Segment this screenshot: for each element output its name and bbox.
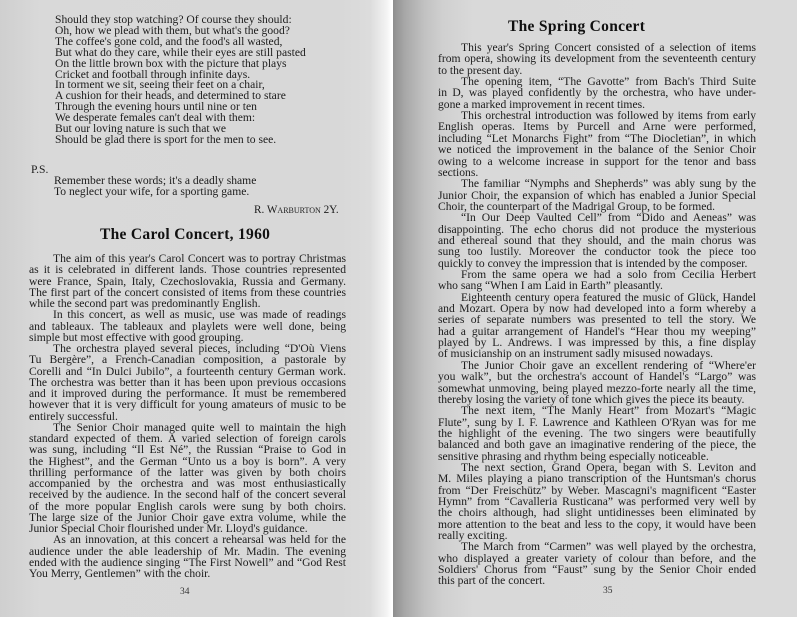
- paragraph-line: as it is celebrated in different lands. …: [29, 264, 346, 275]
- paragraph-line: quickly to convey the impression that is…: [438, 258, 756, 269]
- paragraph-line: played by L. Andrews. I was impressed by…: [438, 337, 756, 348]
- page-number-right: 35: [603, 586, 613, 596]
- paragraph-line: sections.: [438, 167, 756, 178]
- book-spread: Should they stop watching? Of course the…: [0, 0, 797, 617]
- paragraph-line: and tableaux. The tableaux and playlets …: [29, 321, 346, 332]
- paragraph-line: the highlight of the evening. The two si…: [438, 428, 756, 439]
- article-title-carol-concert: The Carol Concert, 1960: [100, 226, 270, 244]
- paragraph-line: we noticed the improvement in the balanc…: [438, 144, 756, 155]
- paragraph-line: were France, Spain, Italy, Czechoslovaki…: [29, 276, 346, 287]
- paragraph-line: The next section, Grand Opera, began wit…: [461, 462, 756, 473]
- paragraph-line: in D, was played confidently by the orch…: [438, 87, 756, 98]
- paragraph-line: audience under the able leadership of Mr…: [29, 546, 346, 557]
- paragraph-line: who displayed a greater variety of colou…: [438, 553, 756, 564]
- paragraph-line: really exciting.: [438, 530, 756, 541]
- paragraph-line: The familiar “Nymphs and Shepherds” was …: [461, 178, 756, 189]
- paragraph-line: from opera, showing its development from…: [438, 53, 756, 64]
- paragraph-line: this part of the concert.: [438, 575, 756, 586]
- poem-line: On the little brown box with the picture…: [55, 58, 287, 69]
- paragraph-line: In this concert, as well as music, use w…: [53, 309, 346, 320]
- paragraph-line: however that it is very difficult for yo…: [29, 399, 346, 410]
- paragraph-line: owing to a welcome increase in support f…: [438, 156, 756, 167]
- paragraph-line: who sang “When I am Laid in Earth” pleas…: [438, 280, 756, 291]
- paragraph-line: was sung, including “Il Est Né”, the Rus…: [29, 444, 346, 455]
- paragraph-line: This year's Spring Concert consisted of …: [461, 42, 756, 53]
- paragraph-line: entirely successful.: [29, 411, 346, 422]
- signature: R. Warburton 2Y.: [254, 205, 339, 216]
- paragraph-line: and ethereal sound that they should, and…: [438, 235, 756, 246]
- paragraph-line: The opening item, “The Gavotte” from Bac…: [461, 76, 756, 87]
- paragraph-line: English operas. Items by Purcell and Arn…: [438, 121, 756, 132]
- paragraph-line: This orchestral introduction was followe…: [461, 110, 756, 121]
- paragraph-line: somewhat unmoving, being played mezzo-fo…: [438, 383, 756, 394]
- article-title-spring-concert: The Spring Concert: [508, 18, 645, 36]
- paragraph-line: the choirs although, had slight untidine…: [438, 507, 756, 518]
- paragraph-line: more attention to the beat and less to t…: [438, 519, 756, 530]
- paragraph-line: including “Let Monarchs Fight” from “The…: [438, 133, 756, 144]
- paragraph-line: Junior Choir, the expansion of which has…: [438, 190, 756, 201]
- paragraph-line: Corelli and “In Dulci Jubilo”, a fourtee…: [29, 366, 346, 377]
- paragraph-line: received by the audience. In the second …: [29, 489, 346, 500]
- paragraph-line: The next item, “The Manly Heart” from Mo…: [461, 405, 756, 416]
- paragraph-line: to the present day.: [438, 65, 756, 76]
- paragraph-line: The Junior Choir gave an excellent rende…: [461, 360, 756, 371]
- paragraph-line: the Highest”, and the German “Unto us a …: [29, 456, 346, 467]
- ps-line: To neglect your wife, for a sporting gam…: [54, 186, 249, 197]
- paragraph-line: Tu Bergère”, a French-Canadian compositi…: [29, 354, 346, 365]
- paragraph-line: Eighteenth century opera featured the mu…: [461, 292, 756, 303]
- paragraph-line: of musicianship on an instrument sadly m…: [438, 348, 756, 359]
- paragraph-line: had a guitar arrangement of Handel's “He…: [438, 326, 756, 337]
- paragraph-line: and Mozart. Opera by now had developed i…: [438, 303, 756, 314]
- paragraph-line: sung too lustily. Moreover the conductor…: [438, 246, 756, 257]
- paragraph-line: Flute”, sung by I. F. Lawrence and Kathl…: [438, 417, 756, 428]
- ps-label: P.S.: [31, 164, 48, 175]
- page-number-left: 34: [180, 587, 190, 597]
- left-page: Should they stop watching? Of course the…: [0, 0, 393, 617]
- paragraph-line: The March from “Carmen” was well played …: [461, 541, 756, 552]
- right-page: The Spring Concert This year's Spring Co…: [393, 0, 797, 617]
- paragraph-line: Hymn” from “Cavalleria Rusticana” was pe…: [438, 496, 756, 507]
- paragraph-line: disappointing. The echo chorus did not p…: [438, 224, 756, 235]
- paragraph-line: series of separate numbers was presented…: [438, 314, 756, 325]
- paragraph-line: You Merry, Gentlemen” with the choir.: [29, 568, 346, 579]
- paragraph-line: “In Our Deep Vaulted Cell” from “Dido an…: [461, 212, 756, 223]
- paragraph-line: From the same opera we had a solo from C…: [461, 269, 756, 280]
- paragraph-line: As an innovation, at this concert a rehe…: [53, 534, 346, 545]
- paragraph-line: gone a marked improvement in recent time…: [438, 99, 756, 110]
- paragraph-line: Soldiers' Chorus from “Faust” sung by th…: [438, 564, 756, 575]
- paragraph-line: sensitive phrasing and rhythm being espe…: [438, 451, 756, 462]
- paragraph-line: from “Der Freischütz” by Weber. Mascagni…: [438, 485, 756, 496]
- paragraph-line: balanced and both gave an imaginative re…: [438, 439, 756, 450]
- paragraph-line: you walk”, but the orchestra's account o…: [438, 371, 756, 382]
- paragraph-line: thereby losing the variety of tone which…: [438, 394, 756, 405]
- poem-line: Should be glad there is sport for the me…: [55, 134, 276, 145]
- paragraph-line: M. Miles playing a piano transcription o…: [438, 473, 756, 484]
- paragraph-line: of the more popular English carols were …: [29, 501, 346, 512]
- paragraph-line: Choir, the counterpart of the Madrigal G…: [438, 201, 756, 212]
